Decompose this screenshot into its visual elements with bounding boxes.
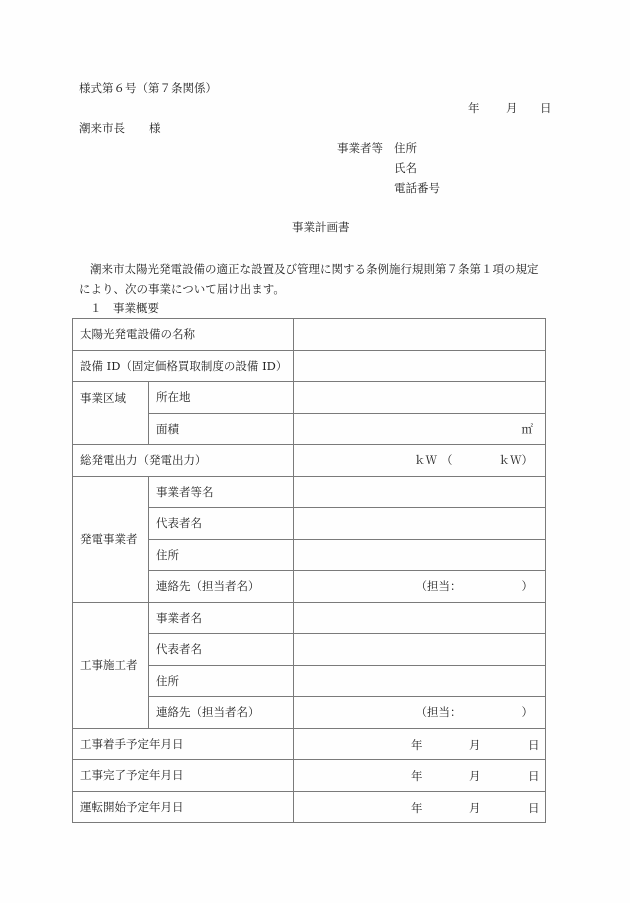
table-row: 総発電出力（発電出力） ｋＷ （ ｋＷ） xyxy=(73,445,546,477)
output-unit-2: ｋＷ） xyxy=(499,452,534,468)
operator-contact-field[interactable]: （担当： ） xyxy=(294,571,546,603)
start-month: 月 xyxy=(469,737,481,753)
table-row: 事業区域 所在地 xyxy=(73,382,546,414)
end-day: 日 xyxy=(528,768,540,784)
section-heading: １ 事業概要 xyxy=(90,301,159,315)
location-label: 所在地 xyxy=(149,382,294,414)
date-year-label: 年 xyxy=(468,101,480,115)
applicant-label: 事業者等 xyxy=(337,141,383,155)
document-page: 様式第６号（第７条関係） 年 月 日 潮来市長 様 事業者等 住所 氏名 電話番… xyxy=(0,0,630,903)
applicant-address-label: 住所 xyxy=(394,141,417,155)
operation-day: 日 xyxy=(528,800,540,816)
contractor-representative-field[interactable] xyxy=(294,634,546,666)
operation-start-field[interactable]: 年 月 日 xyxy=(294,791,546,823)
table-row: 運転開始予定年月日 年 月 日 xyxy=(73,791,546,823)
contractor-address-field[interactable] xyxy=(294,665,546,697)
table-row: 工事完了予定年月日 年 月 日 xyxy=(73,760,546,792)
facility-id-label: 設備 ID（固定価格買取制度の設備 ID） xyxy=(73,350,294,382)
body-line-1: 潮来市太陽光発電設備の適正な設置及び管理に関する条例施行規則第７条第１項の規定 xyxy=(90,262,539,276)
facility-name-field[interactable] xyxy=(294,319,546,351)
construction-end-label: 工事完了予定年月日 xyxy=(73,760,294,792)
construction-start-field[interactable]: 年 月 日 xyxy=(294,728,546,760)
area-field[interactable]: ㎡ xyxy=(294,413,546,445)
power-operator-label: 発電事業者 xyxy=(73,476,149,602)
location-field[interactable] xyxy=(294,382,546,414)
total-output-field[interactable]: ｋＷ （ ｋＷ） xyxy=(294,445,546,477)
document-title: 事業計画書 xyxy=(292,220,350,234)
table-row: 設備 ID（固定価格買取制度の設備 ID） xyxy=(73,350,546,382)
operator-contact-open: （担当： xyxy=(416,578,462,594)
contractor-label: 工事施工者 xyxy=(73,602,149,728)
end-month: 月 xyxy=(469,768,481,784)
addressee: 潮来市長 xyxy=(79,121,125,135)
table-row: 発電事業者 事業者等名 xyxy=(73,476,546,508)
contractor-contact-field[interactable]: （担当： ） xyxy=(294,697,546,729)
facility-id-field[interactable] xyxy=(294,350,546,382)
contractor-contact-open: （担当： xyxy=(416,704,462,720)
contractor-address-label: 住所 xyxy=(149,665,294,697)
table-row: 工事施工者 事業者名 xyxy=(73,602,546,634)
operator-representative-field[interactable] xyxy=(294,508,546,540)
contractor-representative-label: 代表者名 xyxy=(149,634,294,666)
construction-end-field[interactable]: 年 月 日 xyxy=(294,760,546,792)
contractor-contact-label: 連絡先（担当者名） xyxy=(149,697,294,729)
operator-company-field[interactable] xyxy=(294,476,546,508)
table-row: 太陽光発電設備の名称 xyxy=(73,319,546,351)
body-line-2: により、次の事業について届け出ます。 xyxy=(79,282,285,296)
business-area-label: 事業区域 xyxy=(73,382,149,445)
operator-address-field[interactable] xyxy=(294,539,546,571)
applicant-phone-label: 電話番号 xyxy=(394,181,440,195)
area-label: 面積 xyxy=(149,413,294,445)
date-month-label: 月 xyxy=(506,101,518,115)
contractor-contact-close: ） xyxy=(522,704,534,720)
operator-company-label: 事業者等名 xyxy=(149,476,294,508)
date-day-label: 日 xyxy=(540,101,552,115)
operator-contact-label: 連絡先（担当者名） xyxy=(149,571,294,603)
output-paren-open: （ xyxy=(441,452,453,468)
start-day: 日 xyxy=(528,737,540,753)
start-year: 年 xyxy=(411,737,423,753)
operator-address-label: 住所 xyxy=(149,539,294,571)
contractor-company-label: 事業者名 xyxy=(149,602,294,634)
operation-month: 月 xyxy=(469,800,481,816)
operator-contact-close: ） xyxy=(522,578,534,594)
table-row: 工事着手予定年月日 年 月 日 xyxy=(73,728,546,760)
total-output-label: 総発電出力（発電出力） xyxy=(73,445,294,477)
business-overview-table: 太陽光発電設備の名称 設備 ID（固定価格買取制度の設備 ID） 事業区域 所在… xyxy=(72,318,546,823)
output-unit-1: ｋＷ xyxy=(414,452,437,468)
construction-start-label: 工事着手予定年月日 xyxy=(73,728,294,760)
operation-start-label: 運転開始予定年月日 xyxy=(73,791,294,823)
facility-name-label: 太陽光発電設備の名称 xyxy=(73,319,294,351)
area-unit: ㎡ xyxy=(522,421,534,437)
operator-representative-label: 代表者名 xyxy=(149,508,294,540)
addressee-suffix: 様 xyxy=(149,121,161,135)
end-year: 年 xyxy=(411,768,423,784)
form-number: 様式第６号（第７条関係） xyxy=(79,81,217,95)
operation-year: 年 xyxy=(411,800,423,816)
applicant-name-label: 氏名 xyxy=(394,161,417,175)
contractor-company-field[interactable] xyxy=(294,602,546,634)
